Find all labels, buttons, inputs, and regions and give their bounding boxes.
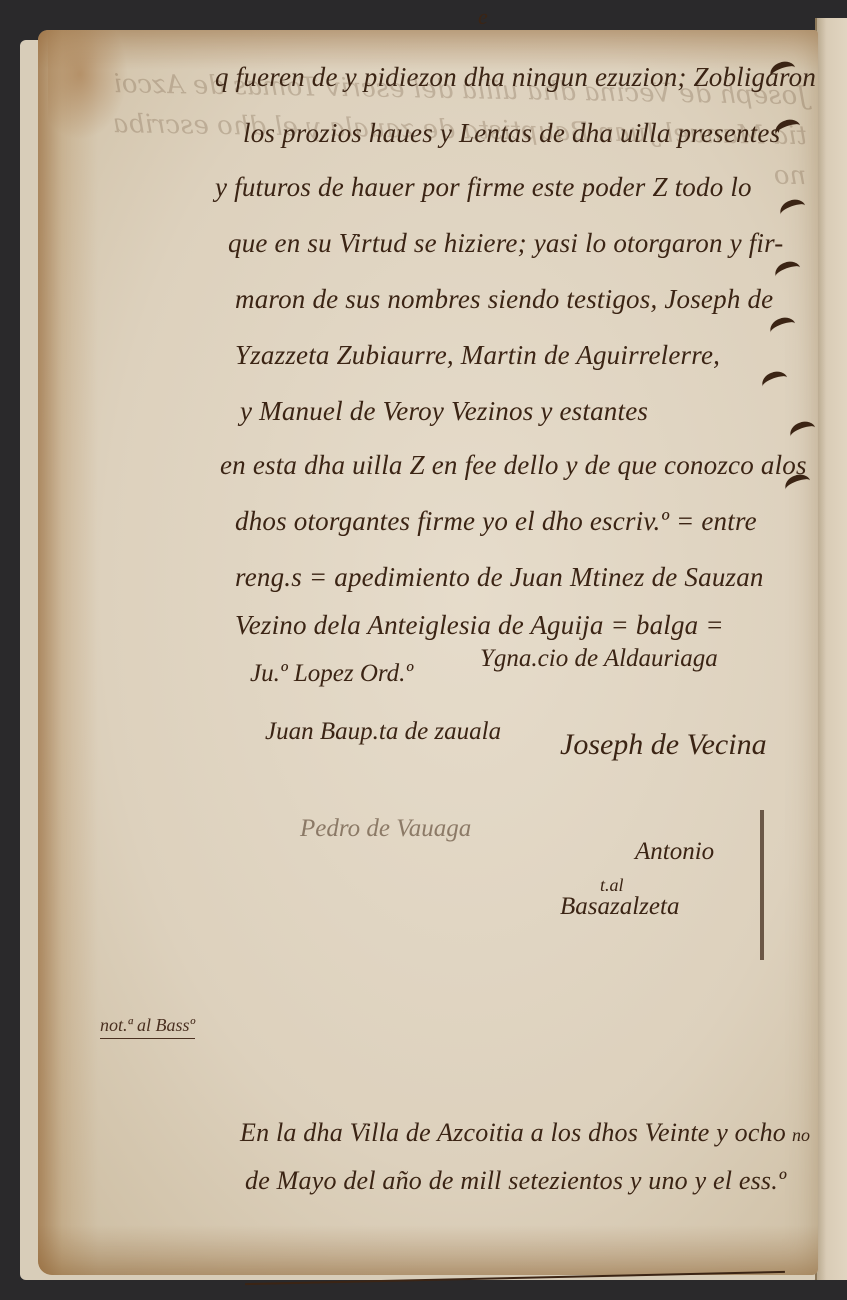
body-line: y futuros de hauer por firme este poder … (215, 172, 752, 203)
body-line: q fueren de y pidiezon dha ningun ezuzio… (215, 62, 816, 93)
body-line: Vezino dela Anteiglesia de Aguija = balg… (235, 610, 724, 641)
page-marker: e (478, 4, 488, 30)
closing-margin-word: no (792, 1125, 810, 1146)
water-stain-left (38, 30, 98, 1275)
margin-note: not.ª al Bassº (100, 1015, 195, 1039)
signature: Basazalzeta (560, 893, 679, 921)
body-line: que en su Virtud se hiziere; yasi lo oto… (228, 228, 784, 259)
body-line: los prozios haues y Lentas de dha uilla … (243, 118, 780, 149)
signature: Juan Baup.ta de zauala (265, 718, 501, 746)
signature-faint: Pedro de Vauaga (300, 815, 471, 843)
body-line: maron de sus nombres siendo testigos, Jo… (235, 284, 773, 315)
adjacent-leaf-edge (815, 18, 847, 1280)
signature: Antonio (635, 838, 714, 866)
body-line: y Manuel de Veroy Vezinos y estantes (240, 396, 648, 427)
notary-rubric-stroke (760, 810, 764, 960)
body-line: en esta dha uilla Z en fee dello y de qu… (220, 450, 807, 481)
water-stain-bottom (38, 1225, 818, 1275)
signature: Joseph de Vecina (560, 728, 767, 762)
closing-line: En la dha Villa de Azcoitia a los dhos V… (240, 1118, 786, 1148)
body-line: Yzazzeta Zubiaurre, Martin de Aguirreler… (235, 340, 720, 371)
body-line: dhos otorgantes firme yo el dho escriv.º… (235, 506, 757, 537)
closing-line: de Mayo del año de mill setezientos y un… (245, 1166, 786, 1196)
signature: Ju.º Lopez Ord.º (250, 660, 413, 688)
body-line: reng.s = apedimiento de Juan Mtinez de S… (235, 562, 764, 593)
signature: Ygna.cio de Aldauriaga (480, 645, 718, 673)
